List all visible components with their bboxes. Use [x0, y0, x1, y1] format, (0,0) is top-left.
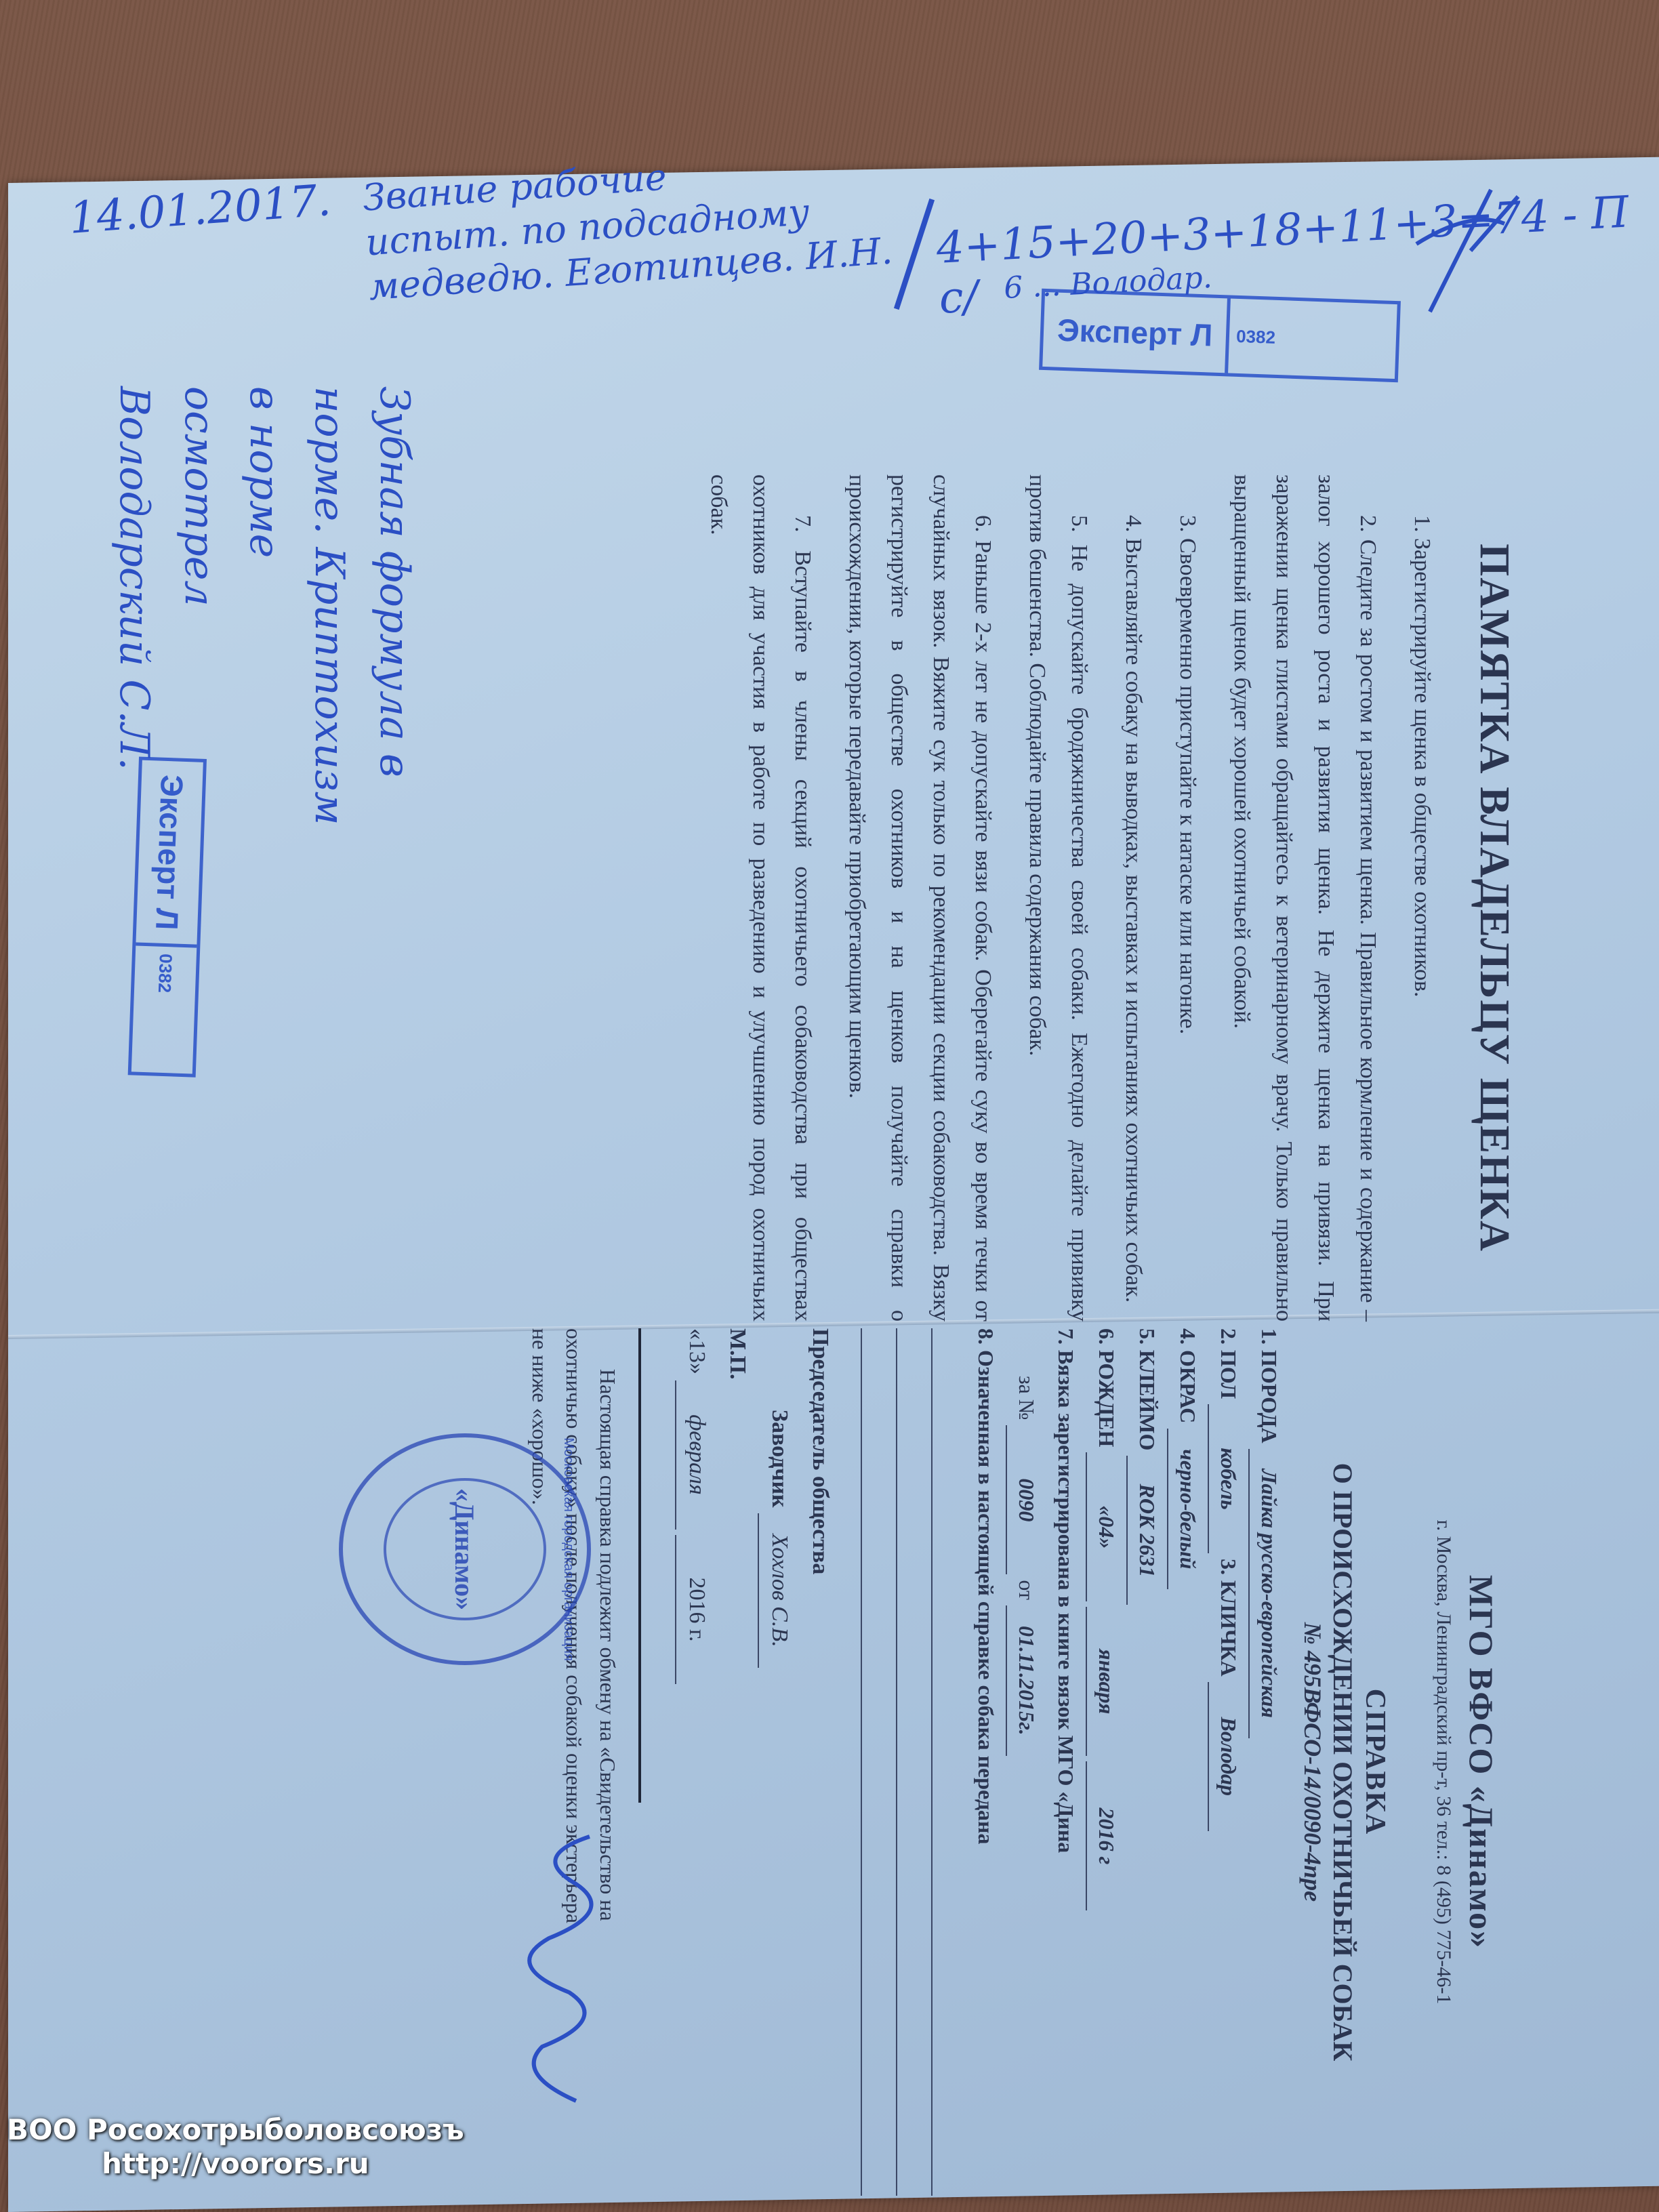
field-label: 7. Вязка зарегистрирована в книге вязок …: [1054, 1328, 1078, 1853]
field-value: 01.11.2015г.: [1006, 1605, 1046, 1756]
field-value: кобель: [1208, 1404, 1248, 1553]
field-label: 5. КЛЕЙМО: [1135, 1328, 1160, 1450]
handwritten-line: Зубная формула в: [362, 386, 427, 825]
puppy-owner-memo: ПАМЯТКА ВЛАДЕЛЬЦУ ЩЕНКА 1. Зарегистрируй…: [685, 474, 1518, 1322]
seal-center-text: «Динамо»: [449, 1488, 481, 1610]
expert-stamp-label: Эксперт Л: [148, 760, 190, 944]
issue-year: 2016 г.: [675, 1535, 717, 1684]
field-color: 4. ОКРАС черно-белый: [1167, 1328, 1208, 2196]
field-label: за №: [1015, 1376, 1039, 1420]
issue-date: «13» февраля 2016 г.: [675, 1328, 717, 2196]
certificate-number: № 495ВФСО-14/0090-4пре: [1298, 1328, 1327, 2196]
expert-stamp-secondary: Эксперт Л 0382: [128, 757, 207, 1078]
field-mating: 7. Вязка зарегистрирована в книге вязок …: [1046, 1328, 1086, 2196]
signature-block: Председатель общества Заводчик Хохлов С.…: [675, 1328, 840, 2196]
field-label: 6. РОЖДЕН: [1094, 1328, 1119, 1447]
watermark: ВОО Росохотрыболовсоюзъ http://voorors.r…: [7, 2113, 464, 2181]
expert-stamp-code: 0382: [1225, 298, 1284, 375]
divider: [638, 1328, 641, 1803]
blank-line: [931, 1328, 966, 2196]
field-born: 6. РОЖДЕН «04» января 2016 г: [1086, 1328, 1126, 2196]
breeder-signature-icon: [488, 1830, 623, 2114]
memo-item: 5. Не допускайте бродяжничества своей со…: [1016, 474, 1100, 1322]
blank-line: [861, 1328, 896, 2196]
handwritten-line: в норме: [232, 386, 297, 825]
field-value: черно-белый: [1167, 1429, 1208, 1589]
memo-title: ПАМЯТКА ВЛАДЕЛЬЦУ ЩЕНКА: [1470, 474, 1518, 1322]
expert-stamp: Эксперт Л 0382: [1039, 289, 1401, 382]
memo-item: 4. Выставляйте собаку на выводках, выста…: [1112, 474, 1154, 1322]
memo-item: 1. Зарегистрируйте щенка в обществе охот…: [1401, 474, 1443, 1322]
org-address: г. Москва, Ленинградский пр-т, 36 тел.: …: [1432, 1328, 1455, 2196]
blank-line: [896, 1328, 931, 2196]
round-seal: Московская городская организация «Динамо…: [339, 1433, 591, 1665]
origin-certificate: МГО ВФСО «Динамо» г. Москва, Ленинградск…: [523, 1328, 1501, 2196]
field-mating-number: за № 0090 от 01.11.2015г.: [1006, 1328, 1046, 2196]
field-label: 2. ПОЛ: [1216, 1328, 1241, 1399]
seal-label: М.П.: [717, 1328, 758, 2196]
chairman-label: Председатель общества: [800, 1328, 840, 2196]
field-breed: 1. ПОРОДА Лайка русско-европейская: [1248, 1328, 1289, 2196]
handwritten-line: норме. Криптохизм: [297, 386, 362, 825]
memo-item: 2. Следите за ростом и развитием щенка. …: [1221, 474, 1389, 1322]
field-value: января: [1086, 1607, 1126, 1756]
field-sex-name: 2. ПОЛ кобель 3. КЛИЧКА Володар: [1208, 1328, 1248, 2196]
field-value: 0090: [1006, 1425, 1046, 1574]
field-value: ROK 2631: [1126, 1456, 1167, 1605]
field-value: «04»: [1086, 1452, 1126, 1601]
field-brand: 5. КЛЕЙМО ROK 2631: [1126, 1328, 1167, 2196]
breeder-name: Хохлов С.В.: [758, 1513, 800, 1667]
field-label: 3. КЛИЧКА: [1216, 1559, 1241, 1677]
field-label: от: [1015, 1580, 1039, 1600]
breeder-label: Заводчик: [767, 1410, 792, 1508]
field-value: 2016 г: [1086, 1761, 1126, 1910]
org-name: МГО ВФСО «Динамо»: [1462, 1328, 1501, 2196]
memo-item: 3. Своевременно приступайте к натаске ил…: [1166, 474, 1208, 1322]
field-label: 1. ПОРОДА: [1257, 1328, 1282, 1443]
certificate-subtitle: О ПРОИСХОЖДЕНИИ ОХОТНИЧЬЕЙ СОБАК: [1327, 1328, 1359, 2196]
certificate-title: СПРАВКА: [1359, 1328, 1391, 2196]
breeder-row: Заводчик Хохлов С.В.: [758, 1328, 800, 2196]
watermark-line1: ВОО Росохотрыболовсоюзъ: [7, 2113, 464, 2147]
field-value: Лайка русско-европейская: [1248, 1449, 1289, 1738]
expert-signature-icon: [1389, 183, 1525, 319]
memo-item: 7. Вступайте в члены секций охотничьего …: [697, 474, 823, 1322]
issue-day: «13»: [684, 1328, 710, 1374]
issue-month: февраля: [675, 1380, 717, 1530]
expert-stamp-code: 0382: [134, 943, 197, 1001]
expert-stamp-label: Эксперт Л: [1043, 311, 1227, 354]
field-label: 8. Означенная в настоящей справке собака…: [974, 1328, 998, 1844]
memo-item: 6. Раньше 2-х лет не допускайте вязи соб…: [836, 474, 1004, 1322]
seal-ring-text: Московская городская организация: [560, 1437, 576, 1661]
field-transfer: 8. Означенная в настоящей справке собака…: [966, 1328, 1006, 2196]
field-value: Володар: [1208, 1682, 1248, 1831]
field-label: 4. ОКРАС: [1176, 1328, 1200, 1423]
watermark-url: http://voorors.ru: [7, 2147, 464, 2181]
